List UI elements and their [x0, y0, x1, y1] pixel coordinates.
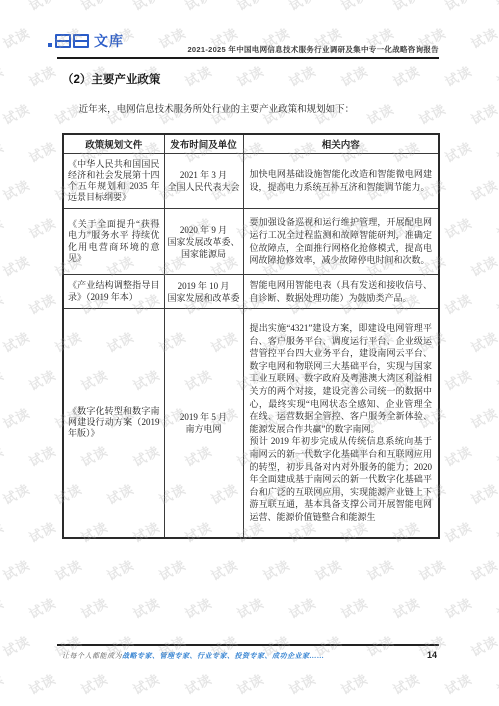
watermark-text: 试读 [493, 0, 499, 14]
watermark-text: 试读 [467, 479, 499, 509]
logo-block-icon [55, 34, 71, 48]
footer-slogan-prefix: 让每个人都能成为 [62, 652, 122, 660]
watermark-text: 试读 [0, 99, 33, 129]
watermark-text: 试读 [467, 23, 499, 53]
watermark-text: 试读 [0, 0, 7, 14]
watermark-text: 试读 [25, 593, 59, 623]
policy-table: 政策规划文件 发布时间及单位 相关内容 《中华人民共和国国民经济和社会发展第十四… [62, 133, 440, 539]
watermark-text: 试读 [25, 137, 59, 167]
watermark-text: 试读 [233, 61, 267, 91]
watermark-text: 试读 [493, 365, 499, 395]
watermark-text: 试读 [389, 61, 423, 91]
table-row: 《中华人民共和国国民经济和社会发展第十四个五年规划和 2035 年远景目标纲要》… [63, 154, 439, 209]
watermark-text: 试读 [0, 213, 7, 243]
watermark-text: 试读 [493, 593, 499, 623]
col-header-time: 发布时间及单位 [164, 134, 243, 154]
table-row: 《产业结构调整指导目录》（2019 年本） 2019 年 10 月 国家发展和改… [63, 275, 439, 309]
watermark-text: 试读 [337, 0, 371, 14]
publisher-logo: 文库 [48, 31, 124, 51]
watermark-text: 试读 [285, 61, 319, 91]
logo-block-icon [73, 34, 89, 48]
watermark-text: 试读 [493, 61, 499, 91]
watermark-text: 试读 [467, 99, 499, 129]
watermark-text: 试读 [25, 0, 59, 14]
watermark-text: 试读 [181, 0, 215, 14]
watermark-text: 试读 [441, 137, 475, 167]
report-title: 2021-2025 年中国电网信息技术服务行业调研及集中专一化战略咨询报告 [187, 44, 439, 55]
watermark-text: 试读 [0, 593, 7, 623]
watermark-text: 试读 [0, 631, 33, 661]
watermark-text: 试读 [233, 669, 267, 699]
watermark-text: 试读 [467, 555, 499, 585]
watermark-text: 试读 [441, 517, 475, 547]
content-paragraph: 要加强设备巡视和运行维护管理，开展配电网运行工况全过程监测和故障智能研判，准确定… [250, 216, 433, 266]
watermark-text: 试读 [467, 403, 499, 433]
watermark-text: 试读 [77, 669, 111, 699]
policy-cell: 《关于全面提升“获得电力”服务水平 持续优化用电营商环境的意见》 [63, 209, 164, 275]
watermark-text: 试读 [25, 365, 59, 395]
watermark-text: 试读 [0, 517, 7, 547]
watermark-text: 试读 [181, 61, 215, 91]
watermark-text: 试读 [441, 593, 475, 623]
watermark-text: 试读 [51, 555, 85, 585]
table-header-row: 政策规划文件 发布时间及单位 相关内容 [63, 134, 439, 154]
watermark-text: 试读 [233, 0, 267, 14]
watermark-text: 试读 [493, 289, 499, 319]
watermark-text: 试读 [0, 289, 7, 319]
watermark-text: 试读 [389, 593, 423, 623]
content-paragraph: 加快电网基础设施智能化改造和智能微电网建设，提高电力系统互补互济和智能调节能力。 [250, 168, 433, 193]
watermark-text: 试读 [0, 441, 7, 471]
watermark-text: 试读 [337, 61, 371, 91]
watermark-text: 试读 [441, 365, 475, 395]
watermark-text: 试读 [363, 631, 397, 661]
watermark-text: 试读 [233, 593, 267, 623]
logo-dot-icon [48, 43, 52, 47]
time-cell: 2020 年 9 月 国家发展改革委、 国家能源局 [164, 209, 243, 275]
watermark-text: 试读 [363, 555, 397, 585]
watermark-text: 试读 [493, 517, 499, 547]
watermark-text: 试读 [441, 441, 475, 471]
watermark-text: 试读 [155, 555, 189, 585]
watermark-text: 试读 [0, 555, 33, 585]
watermark-text: 试读 [129, 0, 163, 14]
col-header-content: 相关内容 [243, 134, 439, 154]
watermark-text: 试读 [0, 23, 33, 53]
watermark-text: 试读 [25, 669, 59, 699]
watermark-text: 试读 [311, 555, 345, 585]
footer-slogan: 让每个人都能成为战略专家、管理专家、行业专家、投资专家、成功企业家…… [62, 651, 325, 661]
watermark-text: 试读 [0, 479, 33, 509]
table-row: 《数字化转型和数字南网建设行动方案（2019年版）》 2019 年 5 月 南方… [63, 309, 439, 538]
watermark-text: 试读 [467, 631, 499, 661]
watermark-text: 试读 [25, 517, 59, 547]
watermark-text: 试读 [493, 213, 499, 243]
watermark-text: 试读 [181, 593, 215, 623]
page-number: 14 [427, 650, 437, 660]
watermark-text: 试读 [415, 555, 449, 585]
watermark-text: 试读 [0, 251, 33, 281]
watermark-text: 试读 [389, 669, 423, 699]
watermark-text: 试读 [441, 0, 475, 14]
section-heading: （2）主要产业政策 [62, 71, 160, 87]
time-cell: 2019 年 5 月 南方电网 [164, 309, 243, 538]
content-cell: 智能电网用智能电表（具有发送和接收信号、自诊断、数据处理功能）为鼓励类产品。 [243, 275, 439, 309]
watermark-text: 试读 [285, 0, 319, 14]
watermark-text: 试读 [25, 61, 59, 91]
watermark-text: 试读 [285, 593, 319, 623]
intro-paragraph: 近年来，电网信息技术服务所处行业的主要产业政策和规划如下： [62, 101, 438, 115]
content-paragraph: 预计 2019 年初步完成从传统信息系统向基于南网云的新一代数字化基础平台和互联… [250, 435, 433, 523]
watermark-text: 试读 [25, 441, 59, 471]
document-page: 试读试读试读试读试读试读试读试读试读试读试读试读试读试读试读试读试读试读试读试读… [0, 0, 499, 706]
policy-cell: 《中华人民共和国国民经济和社会发展第十四个五年规划和 2035 年远景目标纲要》 [63, 154, 164, 209]
content-cell: 要加强设备巡视和运行维护管理，开展配电网运行工况全过程监测和故障智能研判，准确定… [243, 209, 439, 275]
watermark-text: 试读 [389, 0, 423, 14]
watermark-text: 试读 [441, 213, 475, 243]
watermark-text: 试读 [129, 669, 163, 699]
watermark-text: 试读 [467, 251, 499, 281]
watermark-text: 试读 [0, 137, 7, 167]
watermark-text: 试读 [0, 61, 7, 91]
policy-cell: 《产业结构调整指导目录》（2019 年本） [63, 275, 164, 309]
watermark-text: 试读 [0, 669, 7, 699]
logo-label: 文库 [94, 31, 124, 51]
watermark-text: 试读 [181, 669, 215, 699]
watermark-text: 试读 [337, 669, 371, 699]
watermark-text: 试读 [467, 175, 499, 205]
footer-divider [57, 644, 439, 646]
watermark-text: 试读 [0, 175, 33, 205]
watermark-text: 试读 [441, 669, 475, 699]
watermark-text: 试读 [0, 327, 33, 357]
time-cell: 2021 年 3 月 全国人民代表大会 [164, 154, 243, 209]
watermark-text: 试读 [207, 555, 241, 585]
watermark-text: 试读 [441, 289, 475, 319]
watermark-text: 试读 [103, 555, 137, 585]
time-cell: 2019 年 10 月 国家发展和改革委 [164, 275, 243, 309]
watermark-text: 试读 [285, 669, 319, 699]
header-divider [57, 57, 439, 59]
col-header-policy: 政策规划文件 [63, 134, 164, 154]
watermark-text: 试读 [25, 213, 59, 243]
watermark-text: 试读 [493, 441, 499, 471]
watermark-text: 试读 [337, 593, 371, 623]
watermark-text: 试读 [77, 0, 111, 14]
watermark-text: 试读 [493, 137, 499, 167]
watermark-text: 试读 [259, 555, 293, 585]
table-row: 《关于全面提升“获得电力”服务水平 持续优化用电营商环境的意见》 2020 年 … [63, 209, 439, 275]
content-cell: 加快电网基础设施智能化改造和智能微电网建设，提高电力系统互补互济和智能调节能力。 [243, 154, 439, 209]
watermark-text: 试读 [129, 593, 163, 623]
content-paragraph: 智能电网用智能电表（具有发送和接收信号、自诊断、数据处理功能）为鼓励类产品。 [250, 279, 433, 304]
watermark-text: 试读 [493, 669, 499, 699]
watermark-text: 试读 [0, 403, 33, 433]
watermark-text: 试读 [0, 365, 7, 395]
watermark-text: 试读 [77, 593, 111, 623]
content-cell: 提出实施“4321”建设方案，即建设电网管理平台、客户服务平台、调度运行平台、企… [243, 309, 439, 538]
watermark-text: 试读 [467, 327, 499, 357]
watermark-text: 试读 [25, 289, 59, 319]
policy-cell: 《数字化转型和数字南网建设行动方案（2019年版）》 [63, 309, 164, 538]
content-paragraph: 提出实施“4321”建设方案，即建设电网管理平台、客户服务平台、调度运行平台、企… [250, 322, 433, 435]
footer-slogan-highlight: 战略专家、管理专家、行业专家、投资专家、成功企业家…… [122, 652, 325, 660]
watermark-text: 试读 [155, 23, 189, 53]
watermark-text: 试读 [441, 61, 475, 91]
